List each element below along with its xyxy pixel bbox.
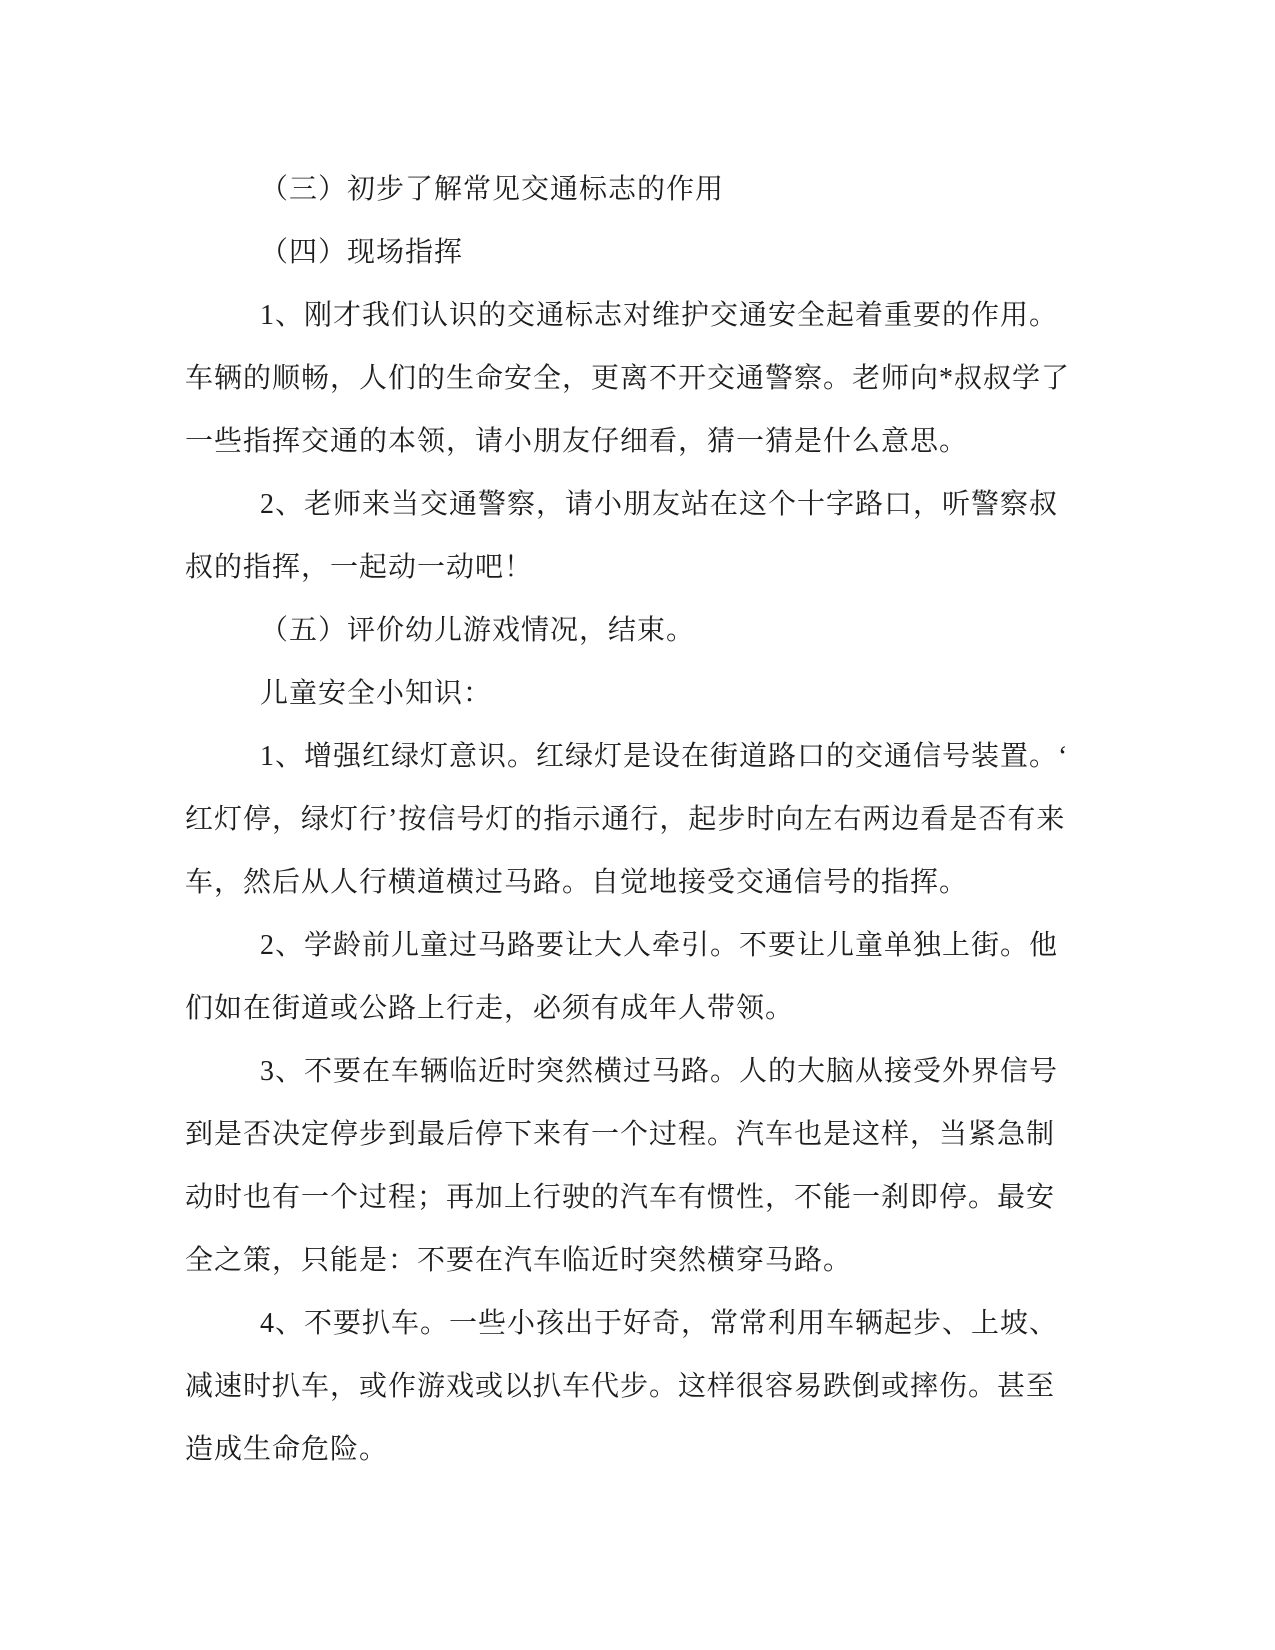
text-line: （四）现场指挥 <box>185 221 1105 284</box>
text-line: （五）评价幼儿游戏情况，结束。 <box>185 599 1105 662</box>
text-line: 叔的指挥，一起动一动吧！ <box>185 536 1105 599</box>
text-line: 2、学龄前儿童过马路要让大人牵引。不要让儿童单独上街。他 <box>185 914 1105 977</box>
text-line: 们如在街道或公路上行走，必须有成年人带领。 <box>185 977 1105 1040</box>
text-line: 2、老师来当交通警察，请小朋友站在这个十字路口，听警察叔 <box>185 473 1105 536</box>
text-line: 车辆的顺畅，人们的生命安全，更离不开交通警察。老师向*叔叔学了 <box>185 347 1105 410</box>
text-line: 到是否决定停步到最后停下来有一个过程。汽车也是这样，当紧急制 <box>185 1103 1105 1166</box>
text-line: 造成生命危险。 <box>185 1418 1105 1481</box>
text-line: 儿童安全小知识： <box>185 662 1105 725</box>
document-page: （三）初步了解常见交通标志的作用（四）现场指挥1、刚才我们认识的交通标志对维护交… <box>0 0 1275 1650</box>
text-line: 一些指挥交通的本领，请小朋友仔细看，猜一猜是什么意思。 <box>185 410 1105 473</box>
text-line: 1、增强红绿灯意识。红绿灯是设在街道路口的交通信号装置。‘ <box>185 725 1105 788</box>
text-line: 1、刚才我们认识的交通标志对维护交通安全起着重要的作用。 <box>185 284 1105 347</box>
text-line: （三）初步了解常见交通标志的作用 <box>185 158 1105 221</box>
text-line: 4、不要扒车。一些小孩出于好奇，常常利用车辆起步、上坡、 <box>185 1292 1105 1355</box>
text-line: 红灯停，绿灯行’按信号灯的指示通行，起步时向左右两边看是否有来 <box>185 788 1105 851</box>
text-line: 车，然后从人行横道横过马路。自觉地接受交通信号的指挥。 <box>185 851 1105 914</box>
text-line: 全之策，只能是：不要在汽车临近时突然横穿马路。 <box>185 1229 1105 1292</box>
text-line: 动时也有一个过程；再加上行驶的汽车有惯性，不能一刹即停。最安 <box>185 1166 1105 1229</box>
text-line: 减速时扒车，或作游戏或以扒车代步。这样很容易跌倒或摔伤。甚至 <box>185 1355 1105 1418</box>
text-line: 3、不要在车辆临近时突然横过马路。人的大脑从接受外界信号 <box>185 1040 1105 1103</box>
document-body: （三）初步了解常见交通标志的作用（四）现场指挥1、刚才我们认识的交通标志对维护交… <box>185 158 1105 1481</box>
